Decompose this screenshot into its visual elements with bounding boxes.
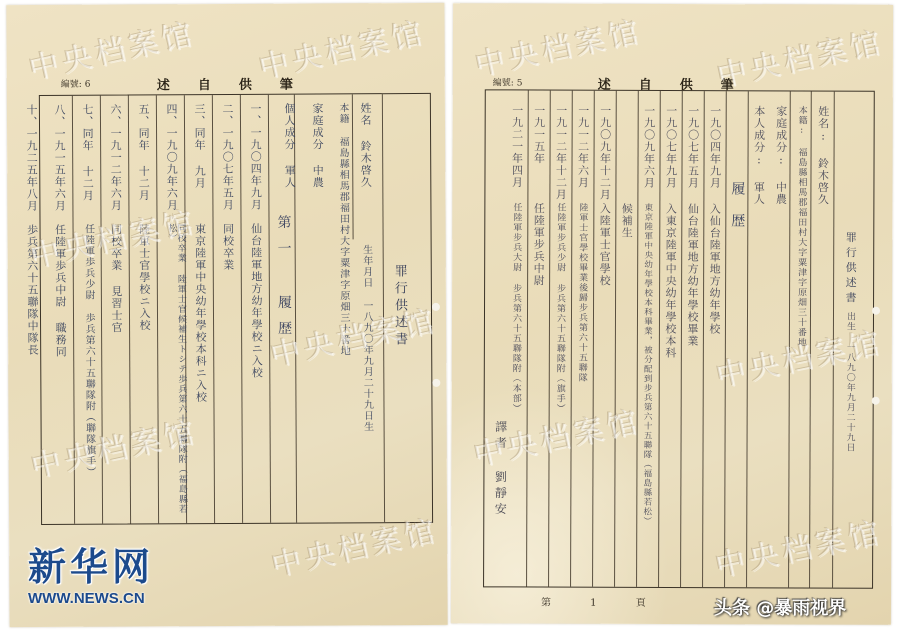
history-date: 六、一九一二年六月 bbox=[110, 104, 122, 212]
history-event: 同校卒業 見習士官 bbox=[111, 224, 123, 334]
grid-line bbox=[614, 91, 617, 587]
history-date: 一、一九〇四年九月 bbox=[250, 103, 262, 211]
right-document-page: 編號: 5 述自供筆 罪行供述書 出生 一八九〇年九月二十九日 姓名: 鈴木啓久… bbox=[451, 3, 893, 625]
field-personal-class: 本人成分: 軍人 bbox=[753, 105, 764, 205]
history-event: 東京陸軍中央幼年學校本科畢業，被分配到步兵第六十五聯隊（福島縣若松） bbox=[642, 203, 652, 526]
history-event: 陸軍士官學校畢業後歸步兵第六十五聯隊 bbox=[577, 203, 587, 383]
history-date: 一九〇七年五月 bbox=[687, 105, 698, 189]
grid-line bbox=[156, 95, 159, 523]
sheet-header: 述自供筆 bbox=[157, 74, 321, 94]
grid-line bbox=[526, 90, 529, 586]
history-event: 陸軍士官學校ニ入校 bbox=[139, 223, 151, 331]
grid-line bbox=[746, 91, 749, 587]
page-number-label: 編號: 5 bbox=[493, 75, 523, 88]
grid-line bbox=[658, 91, 661, 587]
xinhua-url: WWW.NEWS.CN bbox=[28, 590, 154, 607]
history-event: 入仙台陸軍地方幼年學校 bbox=[709, 203, 720, 335]
history-event: 仙台陸軍地方幼年學校ニ入校 bbox=[251, 223, 263, 379]
history-event: 入陸軍士官學校 bbox=[599, 203, 610, 287]
punch-hole bbox=[432, 379, 440, 387]
history-date: 一九二一年四月 bbox=[511, 104, 522, 188]
field-name: 姓名: 鈴木啓久 bbox=[817, 106, 828, 206]
grid-line bbox=[382, 94, 385, 522]
form-grid: 罪行供述書 出生 一八九〇年九月二十九日 姓名: 鈴木啓久 本籍: 福島縣相馬郡… bbox=[483, 89, 875, 588]
field-personal-class: 個人成分 軍人 bbox=[284, 103, 295, 189]
left-document-page: 編號: 6 述自供筆 罪行供述書 姓名 鈴木啓久 生年月日 一八九〇年九月二十九… bbox=[6, 3, 447, 627]
history-date: 一九〇四年九月 bbox=[709, 105, 720, 189]
history-event: 入東京陸軍中央幼年學校本科 bbox=[665, 203, 677, 359]
document-title: 罪行供述書 bbox=[393, 264, 406, 349]
toutiao-credit: 头条 @暴雨视界 bbox=[714, 594, 846, 620]
punch-hole bbox=[872, 307, 880, 315]
history-event: 東京陸軍中央幼年學校本科ニ入校 bbox=[195, 223, 207, 403]
page-number-label: 編號: 6 bbox=[61, 77, 91, 90]
section-heading: 第一 履歴 bbox=[276, 215, 291, 347]
grid-line bbox=[128, 96, 131, 524]
history-date: 一九〇七年九月 bbox=[665, 105, 676, 189]
history-event: 任陸軍步兵中尉 bbox=[533, 203, 544, 287]
grid-line bbox=[636, 91, 639, 587]
field-family-class: 家庭成分: 中農 bbox=[775, 105, 786, 205]
grid-line bbox=[570, 91, 573, 587]
grid-line bbox=[352, 94, 354, 239]
grid-line bbox=[788, 91, 791, 587]
document-title: 罪行供述書 bbox=[845, 232, 856, 307]
grid-line bbox=[72, 96, 75, 524]
page-footer: 第 1 頁 bbox=[541, 594, 664, 609]
punch-hole bbox=[872, 397, 880, 405]
grid-line bbox=[592, 91, 595, 587]
form-grid: 罪行供述書 姓名 鈴木啓久 生年月日 一八九〇年九月二十九日生 本籍 福島縣相馬… bbox=[39, 93, 433, 525]
history-date: 二、一九〇七年五月 bbox=[222, 103, 234, 211]
history-event: 任陸軍步兵大尉 步兵第六十五聯隊附（本部） bbox=[511, 202, 521, 413]
history-date: 三、同年 九月 bbox=[194, 103, 205, 189]
xinhua-logo: 新华网 WWW.NEWS.CN bbox=[28, 548, 154, 607]
history-date: 一九一二年十二月 bbox=[555, 105, 566, 201]
history-date: 七、同年 十二月 bbox=[82, 104, 94, 202]
field-family-class: 家庭成分 中農 bbox=[312, 102, 323, 188]
field-origin: 本籍: 福島縣相馬郡福田村大字粟津字原畑三十番地 bbox=[796, 105, 806, 347]
section-heading: 履歴 bbox=[730, 181, 744, 245]
grid-line bbox=[100, 96, 103, 524]
history-date: 五、同年 十二月 bbox=[138, 103, 150, 201]
history-date: 一九一二年六月 bbox=[577, 105, 588, 189]
grid-line bbox=[724, 91, 727, 587]
grid-line bbox=[809, 91, 812, 587]
history-date: 八、一九一五年六月 bbox=[54, 104, 66, 212]
history-event: 歩兵第六十五聯隊中隊長 bbox=[27, 224, 39, 356]
field-birth: 生年月日 一八九〇年九月二十九日生 bbox=[361, 244, 372, 432]
history-event: 同校卒業 bbox=[223, 223, 234, 271]
history-event: 任陸軍步兵少尉 步兵第六十五聯隊附（旗手） bbox=[555, 203, 565, 414]
grid-line bbox=[702, 91, 705, 587]
grid-line bbox=[240, 95, 243, 523]
history-date: 一九一五年 bbox=[534, 105, 545, 165]
grid-line bbox=[832, 92, 835, 588]
grid-line bbox=[212, 95, 215, 523]
history-event: 仙台陸軍地方幼年學校畢業 bbox=[687, 203, 699, 347]
history-event: 任陸軍歩兵中尉 職務同 bbox=[55, 224, 67, 358]
history-date: 一九〇九年六月 bbox=[643, 105, 654, 189]
history-event: 同校卒業 陸軍士官候補生トシテ歩兵第六十五聯隊附（福島縣若松） bbox=[167, 223, 187, 523]
punch-hole bbox=[432, 303, 440, 311]
translator-signature: 譯者 劉靜安 bbox=[494, 420, 506, 518]
grid-line bbox=[268, 95, 271, 523]
history-event: 候補生 bbox=[621, 203, 632, 239]
grid-line bbox=[680, 91, 683, 587]
xinhua-logo-text: 新华网 bbox=[28, 548, 154, 586]
field-name: 姓名 鈴木啓久 bbox=[360, 102, 371, 188]
field-origin: 本籍 福島縣相馬郡福田村大字粟津字原畑三十番地 bbox=[337, 102, 348, 356]
history-date: 四、一九〇九年六月 bbox=[166, 103, 178, 211]
history-date: 十、一九二五年八月 bbox=[26, 104, 38, 212]
field-birth: 出生 一八九〇年九月二十九日 bbox=[845, 312, 854, 453]
history-event: 任陸軍歩兵少尉 歩兵第六十五聯隊附（聯隊旗手） bbox=[83, 224, 94, 478]
history-date: 一九〇九年十二月 bbox=[599, 105, 610, 201]
grid-line bbox=[548, 91, 551, 587]
